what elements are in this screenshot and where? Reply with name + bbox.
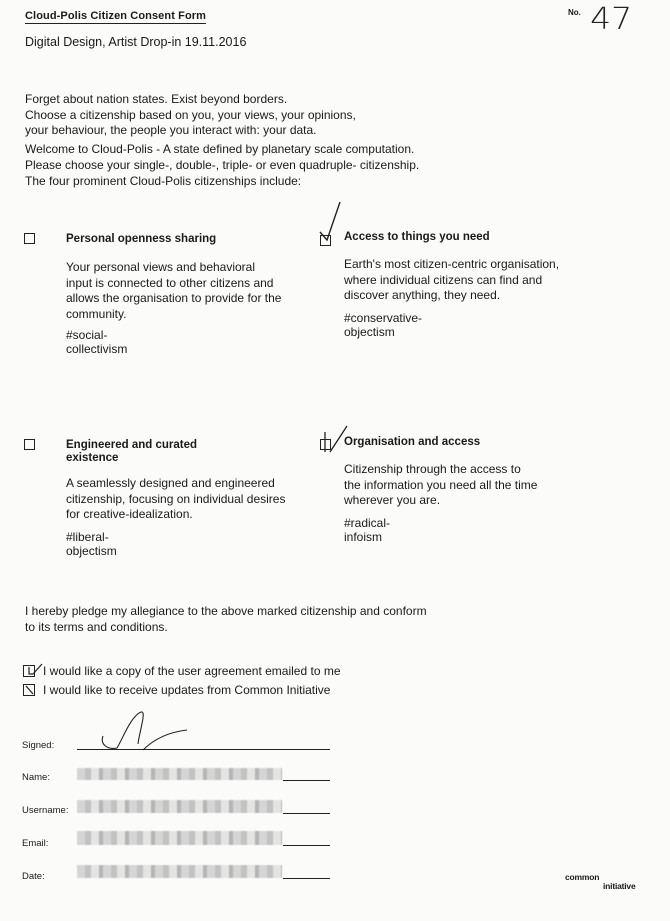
description-line: A seamlessly designed and engineered — [66, 476, 285, 492]
welcome-text: Welcome to Cloud-Polis - A state defined… — [25, 142, 419, 190]
form-number-label: No. — [568, 8, 581, 17]
citizenship-title: Engineered and curated existence — [66, 439, 197, 465]
email-redacted — [77, 831, 282, 845]
signed-label: Signed: — [22, 740, 54, 751]
username-label: Username: — [22, 805, 68, 816]
description-line: Your personal views and behavioral — [66, 260, 281, 276]
citizenship-title: Personal openness sharing — [66, 233, 216, 246]
citizenship-checkbox[interactable] — [24, 233, 35, 244]
description-line: wherever you are. — [344, 493, 537, 509]
description-line: the information you need all the time — [344, 478, 537, 494]
option-label: I would like a copy of the user agreemen… — [43, 664, 341, 678]
date-redacted — [77, 865, 282, 878]
citizenship-tag: #social-collectivism — [66, 328, 127, 356]
citizenship-tag: #conservative-objectism — [344, 311, 422, 339]
welcome-line: The four prominent Cloud-Polis citizensh… — [25, 174, 419, 190]
citizenship-description: Your personal views and behavioral input… — [66, 260, 281, 322]
description-line: for creative-idealization. — [66, 507, 285, 523]
title-line: existence — [66, 452, 197, 465]
name-redacted — [77, 768, 282, 780]
form-subtitle: Digital Design, Artist Drop-in 19.11.201… — [25, 35, 246, 49]
date-line[interactable] — [283, 878, 330, 879]
description-line: allows the organisation to provide for t… — [66, 291, 281, 307]
email-label: Email: — [22, 838, 48, 849]
citizenship-tag: #liberal-objectism — [66, 530, 117, 558]
pledge-line: I hereby pledge my allegiance to the abo… — [25, 604, 427, 620]
username-redacted — [77, 800, 282, 813]
description-line: discover anything, they need. — [344, 288, 559, 304]
form-title: Cloud-Polis Citizen Consent Form — [25, 10, 206, 24]
date-label: Date: — [22, 871, 45, 882]
welcome-line: Please choose your single-, double-, tri… — [25, 158, 419, 174]
intro-text: Forget about nation states. Exist beyond… — [25, 92, 356, 139]
common-initiative-logo: common initiative — [565, 873, 635, 891]
description-line: Earth's most citizen-centric organisatio… — [344, 257, 559, 273]
description-line: input is connected to other citizens and — [66, 276, 281, 292]
intro-line: Choose a citizenship based on you, your … — [25, 108, 356, 124]
form-number-handwritten: 47 — [590, 2, 632, 37]
welcome-line: Welcome to Cloud-Polis - A state defined… — [25, 142, 419, 158]
logo-line-2: initiative — [565, 882, 635, 891]
citizenship-description: Earth's most citizen-centric organisatio… — [344, 257, 559, 304]
intro-line: Forget about nation states. Exist beyond… — [25, 92, 356, 108]
citizenship-description: A seamlessly designed and engineered cit… — [66, 476, 285, 523]
citizenship-description: Citizenship through the access to the in… — [344, 462, 537, 509]
intro-line: your behaviour, the people you interact … — [25, 123, 356, 139]
citizenship-title: Organisation and access — [344, 436, 480, 449]
citizenship-tag: #radical-infoism — [344, 516, 390, 544]
description-line: citizenship, focusing on individual desi… — [66, 492, 285, 508]
name-label: Name: — [22, 772, 50, 783]
pledge-line: to its terms and conditions. — [25, 620, 427, 636]
description-line: community. — [66, 307, 281, 323]
pledge-text: I hereby pledge my allegiance to the abo… — [25, 604, 427, 635]
option-label: I would like to receive updates from Com… — [43, 683, 330, 697]
handwritten-signature — [95, 708, 195, 758]
handwritten-checkmark-icon — [23, 683, 39, 699]
username-line[interactable] — [283, 813, 330, 814]
citizenship-checkbox[interactable] — [24, 439, 35, 450]
description-line: where individual citizens can find and — [344, 273, 559, 289]
title-line: Engineered and curated — [66, 439, 197, 452]
description-line: Citizenship through the access to — [344, 462, 537, 478]
email-line[interactable] — [283, 845, 330, 846]
citizenship-title: Access to things you need — [344, 231, 490, 244]
name-line[interactable] — [283, 780, 330, 781]
